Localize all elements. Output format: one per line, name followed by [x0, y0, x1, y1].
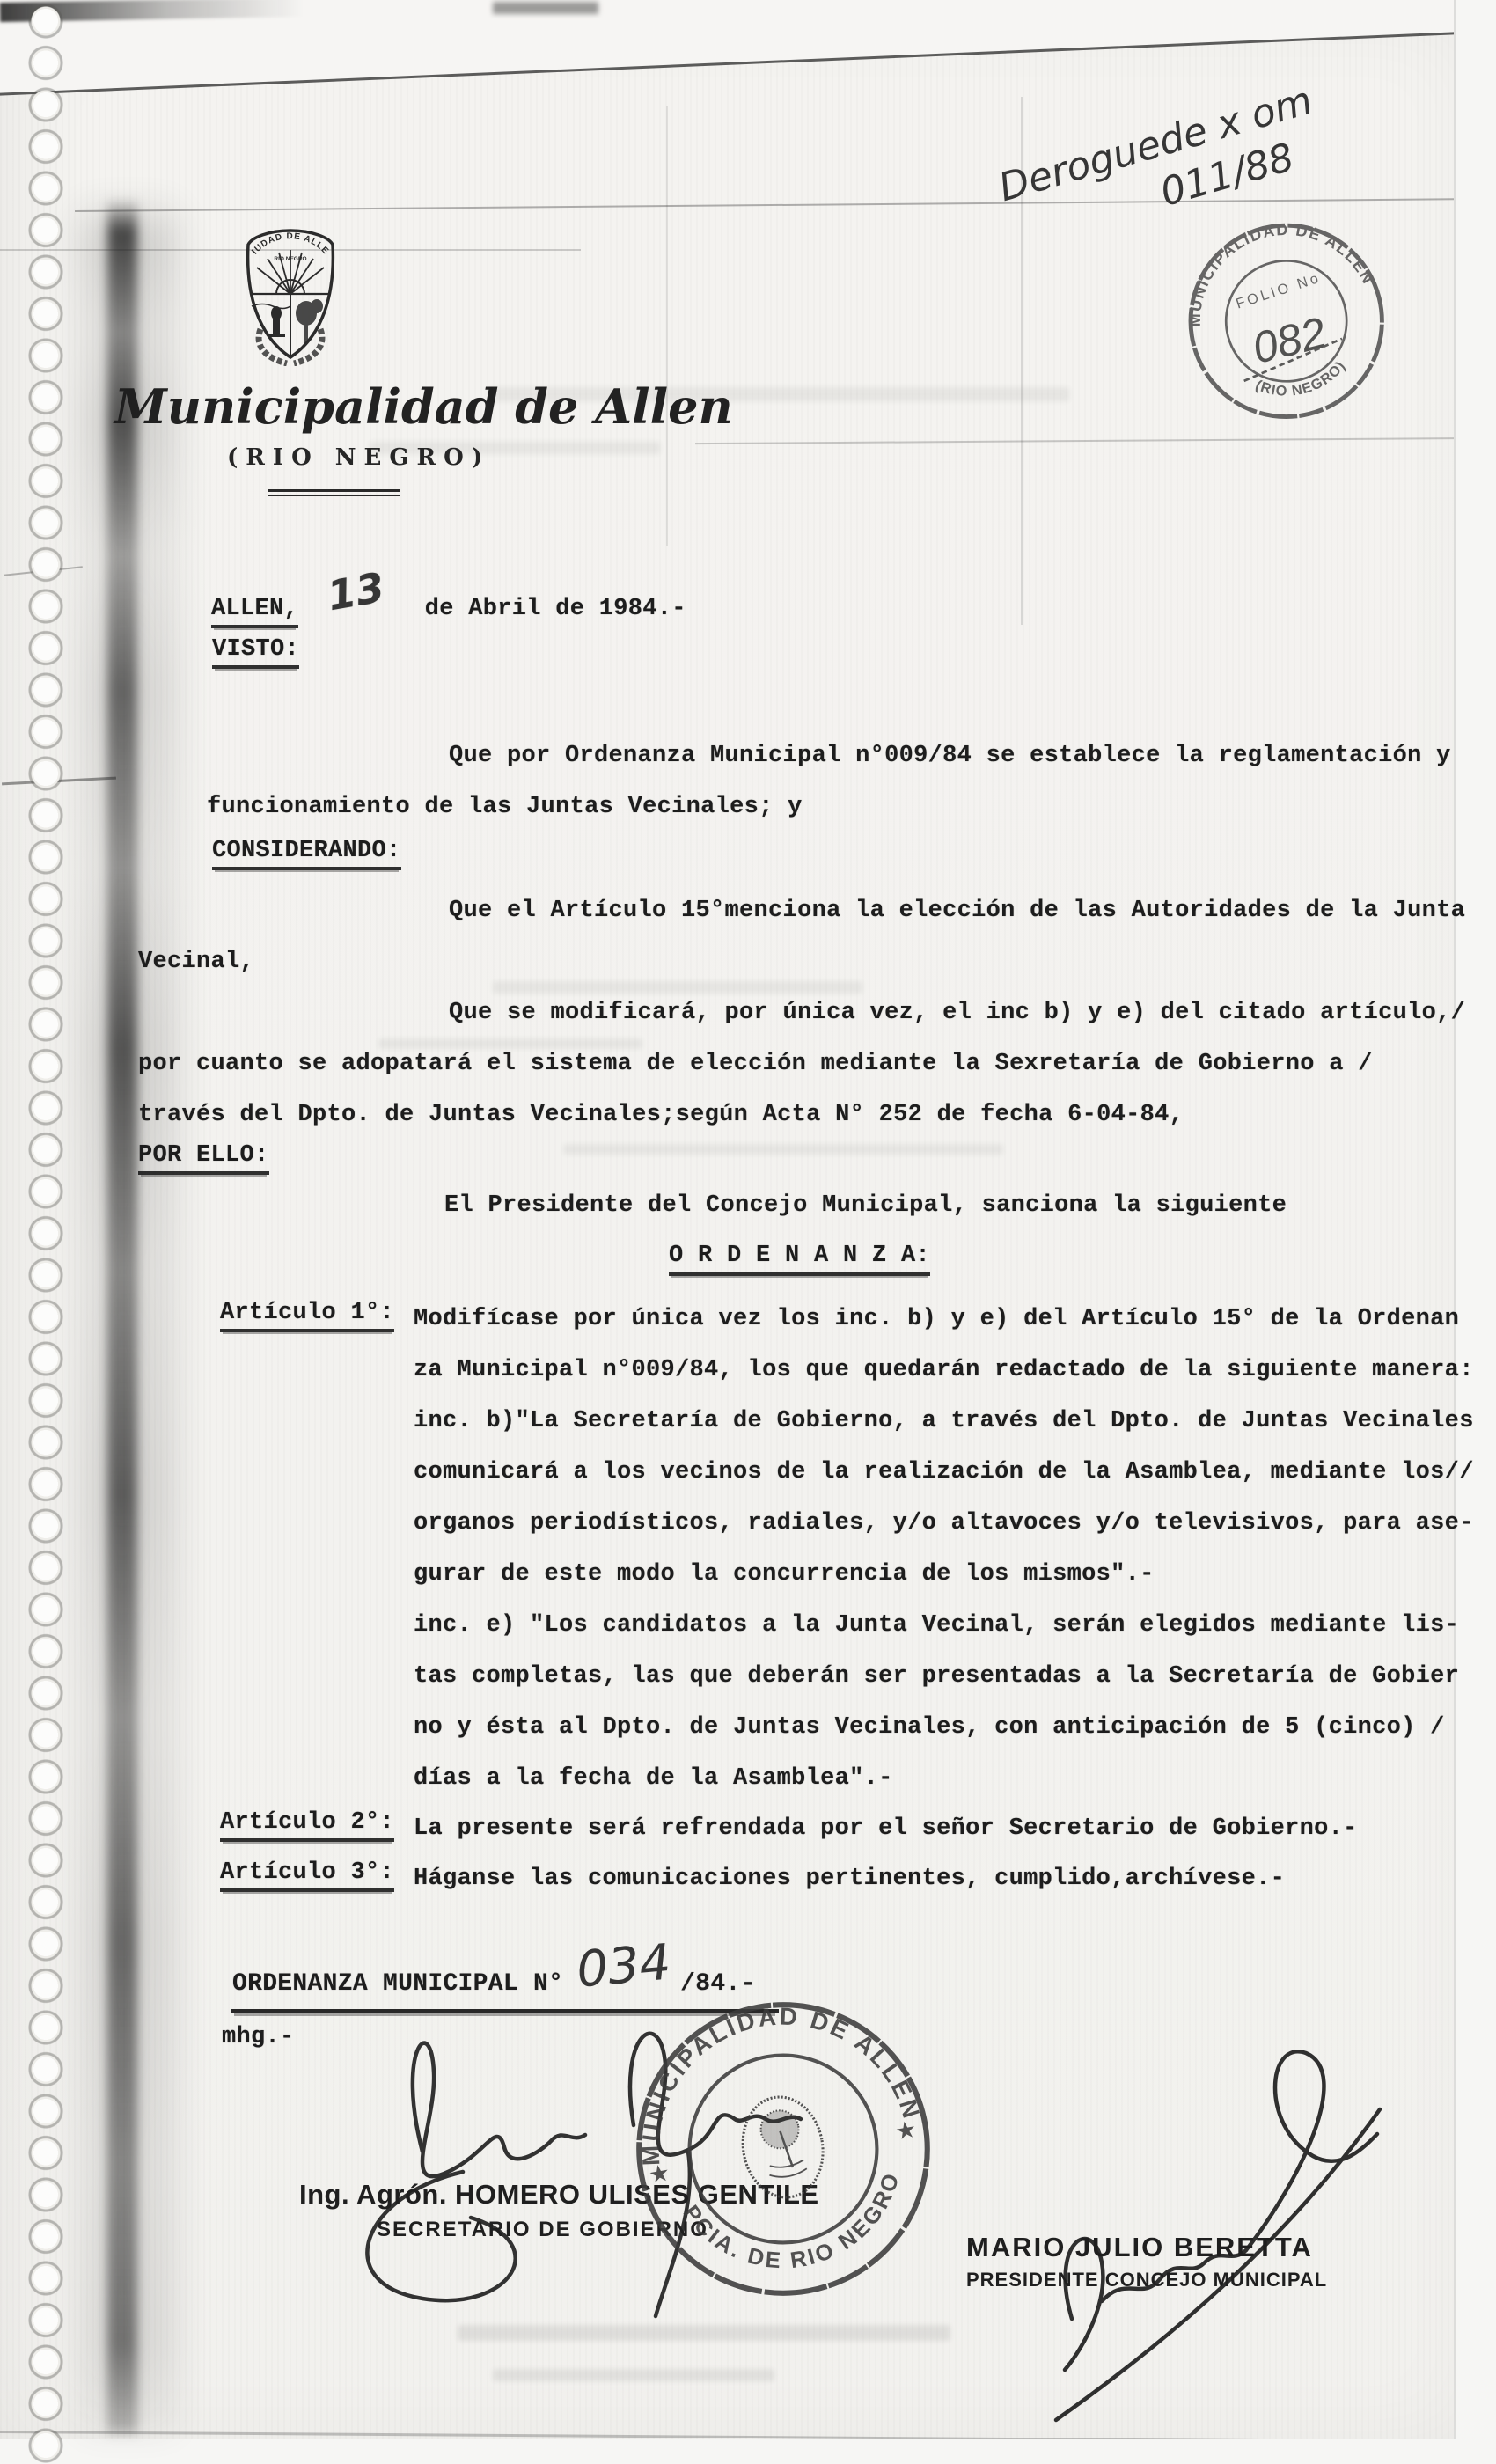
- crest-sun-rays: [257, 250, 324, 294]
- letterhead-name: Municipalidad de Allen: [114, 378, 733, 435]
- dateline-day-handwritten: 13: [324, 563, 388, 620]
- article-3-lines: Háganse las comunicaciones pertinentes, …: [414, 1853, 1285, 1904]
- visto-heading: VISTO:: [212, 636, 299, 669]
- article-1-label-text: Artículo 1°:: [220, 1300, 394, 1332]
- article-1-body: Modifícase por única vez los inc. b) y e…: [414, 1294, 1474, 1804]
- municipal-round-stamp: MUNICIPALIDAD DE ALLEN PCIA. DE RIO NEGR…: [630, 1996, 936, 2302]
- visto-lines: Que por Ordenanza Municipal n°009/84 se …: [207, 730, 1451, 832]
- dateline-city: ALLEN,: [211, 596, 298, 628]
- right-signature: [1003, 2011, 1426, 2451]
- scan-line-1: [75, 198, 1478, 212]
- letterhead-divider: [268, 489, 400, 496]
- round-stamp-star-right: ★: [893, 2116, 919, 2145]
- article-2-lines: La presente será refrendada por el señor…: [414, 1803, 1358, 1854]
- article-3-label-text: Artículo 3°:: [220, 1859, 394, 1892]
- municipal-crest: CIUDAD DE ALLEN RIO NEGRO: [236, 225, 345, 366]
- scan-line-3: [695, 437, 1487, 444]
- right-signer-title: PRESIDENTE CONCEJO MUNICIPAL: [966, 2269, 1327, 2292]
- clerk-initials: mhg.-: [222, 2024, 295, 2050]
- preamble: El Presidente del Concejo Municipal, san…: [444, 1192, 1287, 1219]
- binder-holes: [0, 0, 99, 2464]
- top-smudge-2: [493, 2, 598, 14]
- considerando-label: CONSIDERANDO:: [212, 838, 401, 870]
- ghost-text: [563, 1144, 1003, 1155]
- article-2-label-text: Artículo 2°:: [220, 1809, 394, 1842]
- letterhead-province: (RIO NEGRO): [227, 444, 490, 471]
- ordinance-heading: O R D E N A N Z A:: [669, 1243, 930, 1276]
- article-2-body: La presente será refrendada por el señor…: [414, 1803, 1358, 1854]
- article-2-label: Artículo 2°:: [220, 1809, 394, 1842]
- considerando-lines-1: Que el Artículo 15°menciona la elección …: [138, 885, 1465, 987]
- right-signer-name: MARIO JULIO BERETTA: [966, 2232, 1313, 2263]
- crest-tree: [296, 299, 323, 343]
- article-3-body: Háganse las comunicaciones pertinentes, …: [414, 1853, 1285, 1904]
- photocopy-streak: [107, 198, 137, 2433]
- article-3-label: Artículo 3°:: [220, 1859, 394, 1892]
- scanned-document-page: Deroguede x om 011/88 MUNICIPALIDAD DE A…: [0, 0, 1496, 2464]
- considerando-heading: CONSIDERANDO:: [212, 838, 401, 870]
- visto-paragraph: Que por Ordenanza Municipal n°009/84 se …: [207, 730, 1451, 832]
- round-stamp-emblem: [735, 2091, 831, 2204]
- folio-number-handwritten: 082: [1248, 308, 1331, 374]
- ghost-text: [493, 2369, 774, 2381]
- right-scan-strip: [1454, 0, 1496, 2464]
- considerando-lines-2: Que se modificará, por única vez, el inc…: [138, 987, 1465, 1140]
- article-1-label: Artículo 1°:: [220, 1300, 394, 1332]
- ordinance-heading-text: O R D E N A N Z A:: [669, 1243, 930, 1276]
- por-ello-label: POR ELLO:: [138, 1142, 269, 1175]
- considerando-paragraph-2: Que se modificará, por única vez, el inc…: [138, 987, 1465, 1140]
- visto-label: VISTO:: [212, 636, 299, 669]
- por-ello-heading: POR ELLO:: [138, 1142, 269, 1175]
- article-1-lines: Modifícase por única vez los inc. b) y e…: [414, 1294, 1474, 1804]
- folio-stamp: MUNICIPALIDAD DE ALLEN (RIO NEGRO) FOLIO…: [1148, 189, 1427, 459]
- dateline: ALLEN, 13 de Abril de 1984.-: [211, 576, 686, 628]
- considerando-paragraph-1: Que el Artículo 15°menciona la elección …: [138, 885, 1465, 987]
- dateline-rest: de Abril de 1984.-: [425, 596, 686, 622]
- vertical-fold-line-2: [666, 106, 668, 546]
- crest-monument: [268, 306, 285, 337]
- round-stamp-star-left: ★: [647, 2159, 672, 2189]
